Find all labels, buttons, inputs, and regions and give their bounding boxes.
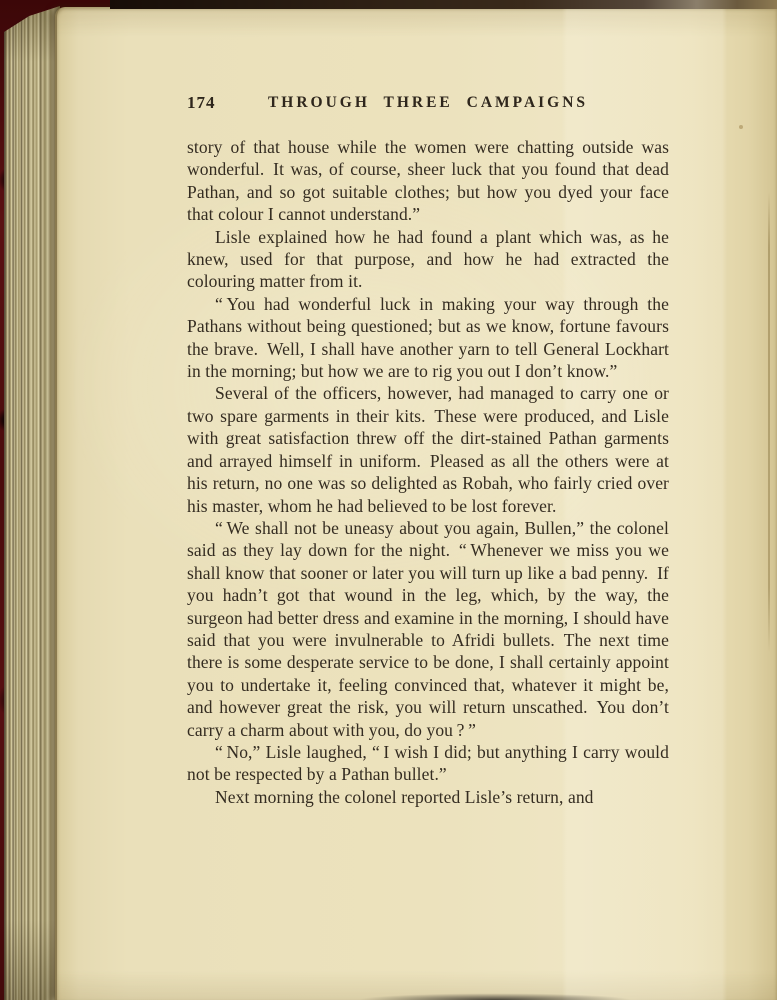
page-curl-line [768, 192, 770, 652]
book-top-edge-shadow [110, 0, 777, 9]
paragraph: Next morning the colonel reported Lisle’… [187, 786, 669, 808]
paragraph: “ You had wonderful luck in making your … [187, 293, 669, 383]
paragraph: “ No,” Lisle laughed, “ I wish I did; bu… [187, 741, 669, 786]
running-title: THROUGH THREE CAMPAIGNS [187, 94, 669, 112]
body-text: story of that house while the women were… [187, 136, 669, 808]
paper-speck [739, 125, 743, 129]
paragraph: Lisle explained how he had found a plant… [187, 226, 669, 293]
book-page: 174 THROUGH THREE CAMPAIGNS story of tha… [55, 7, 777, 1000]
book-fore-edge-pages [4, 2, 60, 1000]
scanned-book-photo: 174 THROUGH THREE CAMPAIGNS story of tha… [0, 0, 777, 1000]
paragraph: Several of the officers, however, had ma… [187, 382, 669, 516]
paragraph: “ We shall not be uneasy about you again… [187, 517, 669, 741]
printed-content: 174 THROUGH THREE CAMPAIGNS story of tha… [187, 93, 669, 808]
bottom-edge-shadow [330, 991, 660, 1000]
paragraph: story of that house while the women were… [187, 136, 669, 226]
page-header: 174 THROUGH THREE CAMPAIGNS [187, 93, 669, 112]
